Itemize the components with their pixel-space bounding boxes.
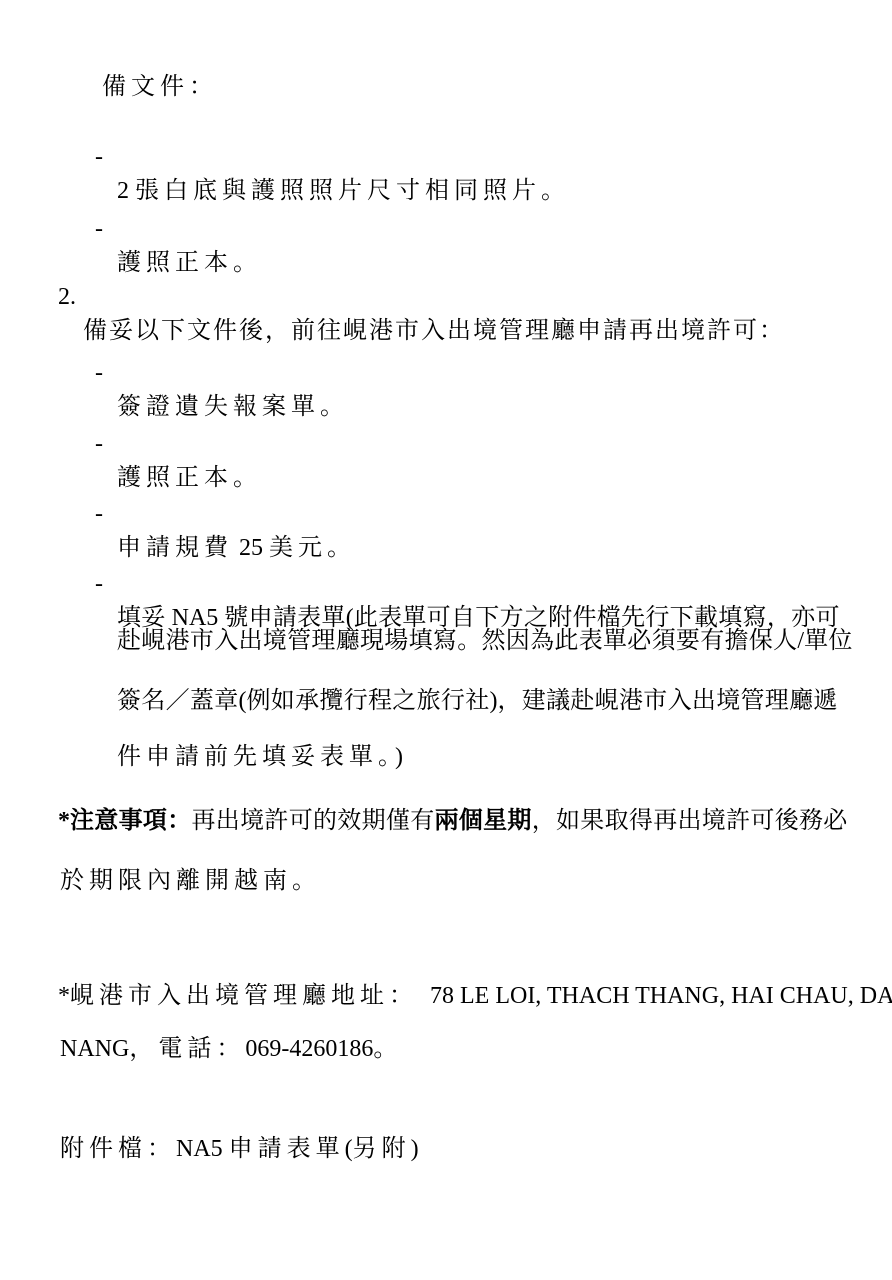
office-address-line-1: *峴港市入出境管理廳地址： 78 LE LOI, THACH THANG, HA… (0, 945, 892, 979)
bullet-item: - 2 張白底與護照照片尺寸相同照片。 (0, 106, 892, 140)
bullet-continuation-line: 赴峴港市入出境管理廳現場填寫。然因為此表單必須要有擔保人/單位 (0, 590, 892, 624)
bullet-item: - 護照正本。 (0, 178, 892, 212)
bullet-item: - 填妥 NA5 號申請表單(此表單可自下方之附件檔先行下載填寫，亦可 (0, 533, 892, 567)
bullet-dash-marker: - (95, 212, 103, 246)
bullet-continuation-line: 件申請前先填妥表單。) (0, 706, 892, 740)
item1-continuation-text: 備文件： (102, 70, 218, 104)
item2-heading-line: 2. 備妥以下文件後，前往峴港市入出境管理廳申請再出境許可： (0, 246, 892, 280)
bullet-dash-marker: - (95, 497, 103, 531)
note-text: 於期限內離開越南。 (60, 864, 321, 898)
bullet-item: - 護照正本。 (0, 393, 892, 427)
attachment-line: 附件檔：NA5 申請表單(另附) (0, 1098, 892, 1132)
office-phone-text: NANG，電話：069-4260186。 (60, 1032, 402, 1066)
office-address-line-2: NANG，電話：069-4260186。 (0, 998, 892, 1032)
bullet-dash-marker: - (95, 140, 103, 174)
bullet-dash-marker: - (95, 427, 103, 461)
item2-number-marker: 2. (58, 280, 76, 314)
document-page: 備文件： - 2 張白底與護照照片尺寸相同照片。 - 護照正本。 2. 備妥以下… (0, 0, 892, 1280)
bullet-item: - 申請規費 25 美元。 (0, 463, 892, 497)
bullet-item: - 簽證遺失報案單。 (0, 322, 892, 356)
attachment-text: 附件檔：NA5 申請表單(另附) (60, 1132, 419, 1166)
note-line-2: 於期限內離開越南。 (0, 830, 892, 864)
item1-continuation-line: 備文件： (0, 36, 892, 70)
bullet-dash-marker: - (95, 356, 103, 390)
bullet-text: 件申請前先填妥表單。) (117, 740, 403, 774)
note-line-1: *注意事項：再出境許可的效期僅有兩個星期，如果取得再出境許可後務必 (0, 770, 892, 804)
bullet-continuation-line: 簽名／蓋章(例如承攬行程之旅行社)，建議赴峴港市入出境管理廳遞 (0, 650, 892, 684)
